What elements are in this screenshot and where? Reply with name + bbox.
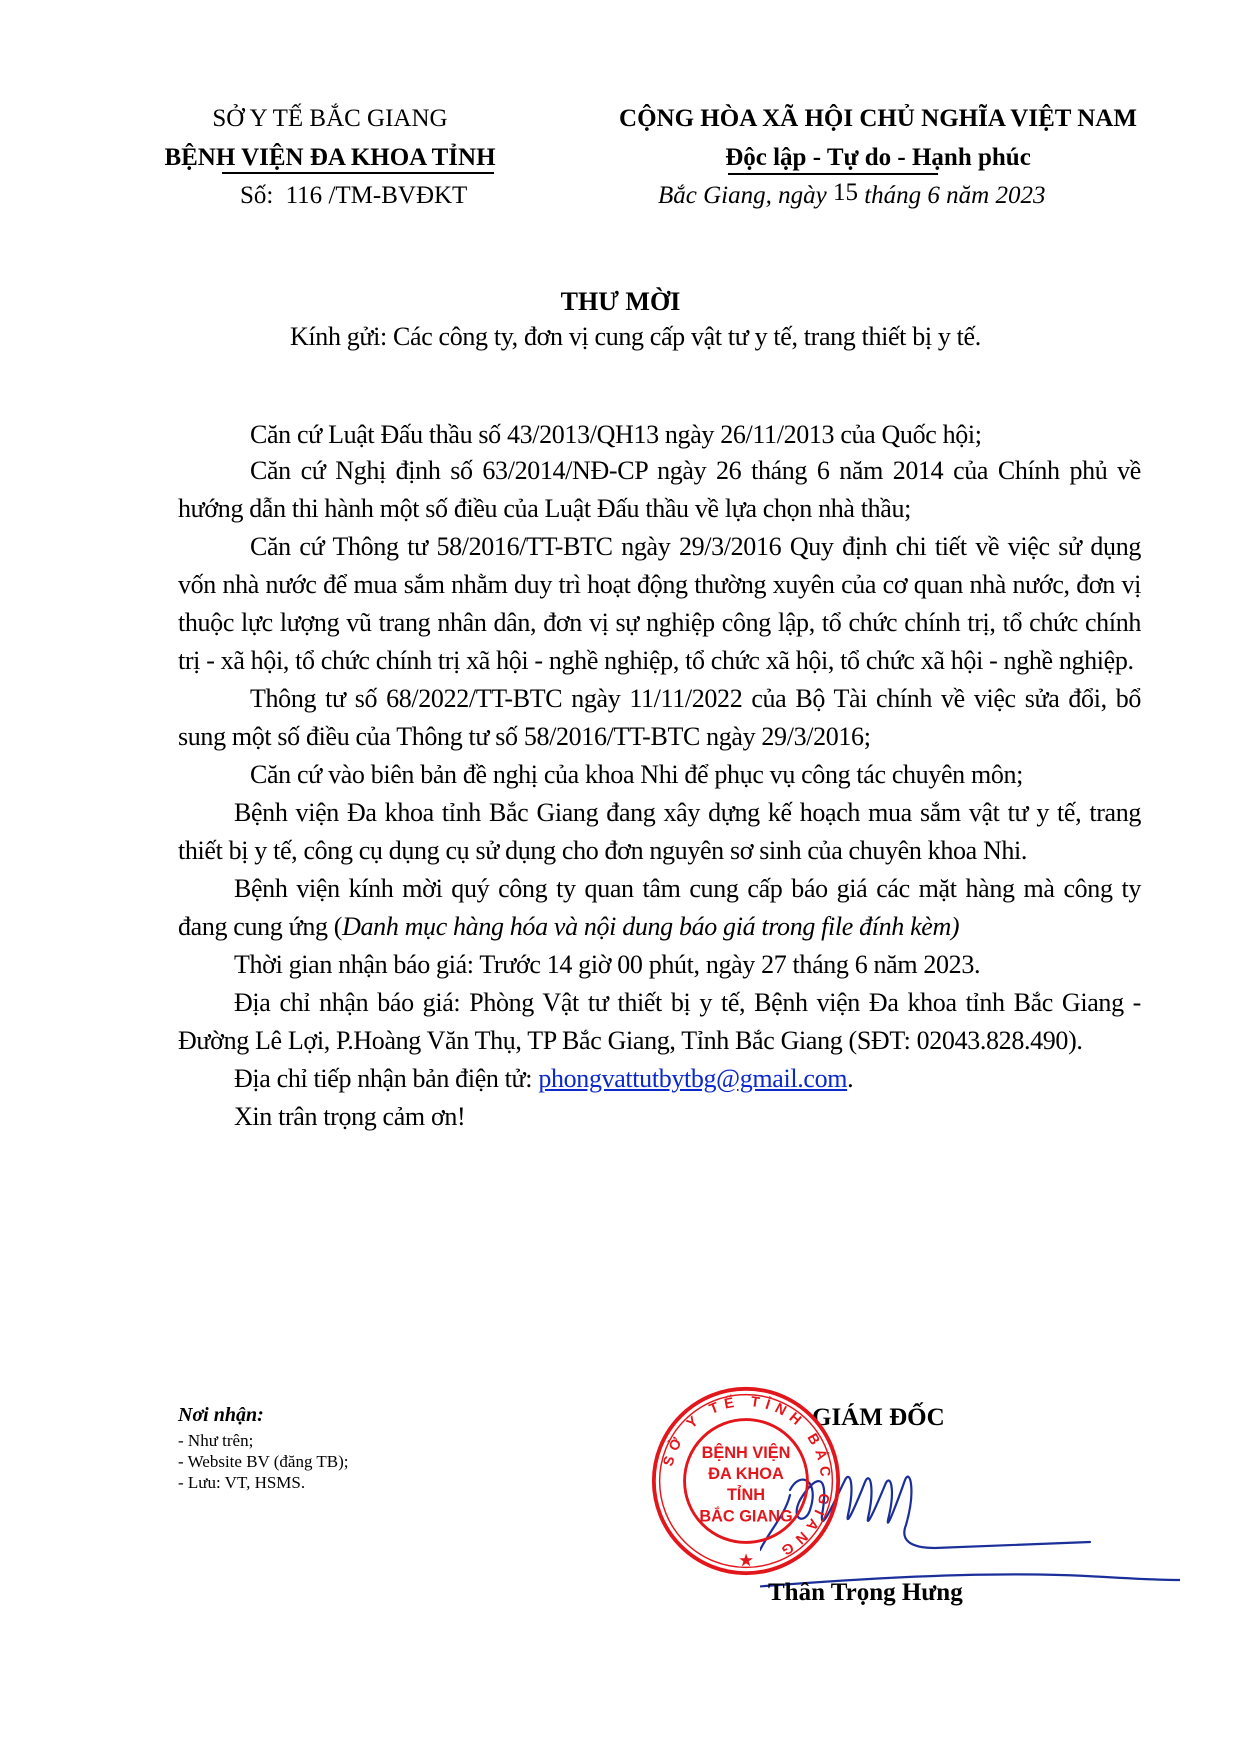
agency-name: SỞ Y TẾ BẮC GIANG	[190, 104, 470, 134]
email-link[interactable]: phongvattutbytbg@gmail.com	[538, 1064, 847, 1093]
recipients-title: Nơi nhận:	[178, 1405, 349, 1426]
date-day: 15	[833, 179, 858, 206]
document-number: Số: 116 /TM-BVĐKT	[240, 182, 467, 210]
invitation-note: Danh mục hàng hóa và nội dung báo giá tr…	[342, 912, 959, 941]
invitation: Bệnh viện kính mời quý công ty quan tâm …	[178, 870, 1141, 946]
legal-basis-5: Căn cứ vào biên bản đề nghị của khoa Nhi…	[178, 756, 1141, 794]
place-date-suffix: tháng 6 năm 2023	[864, 182, 1045, 209]
procurement-plan: Bệnh viện Đa khoa tỉnh Bắc Giang đang xâ…	[178, 794, 1141, 870]
national-motto: Độc lập - Tự do - Hạnh phúc	[700, 143, 1056, 173]
recipient-item: - Lưu: VT, HSMS.	[178, 1472, 349, 1493]
official-seal-stamp: SỞ Y TẾ TỈNH BẮC GIANG BỆNH VIỆN ĐA KHOA…	[650, 1385, 842, 1577]
svg-text:TỈNH: TỈNH	[727, 1485, 765, 1504]
thanks: Xin trân trọng cảm ơn!	[178, 1098, 1141, 1136]
legal-basis-3: Căn cứ Thông tư 58/2016/TT-BTC ngày 29/3…	[178, 528, 1141, 680]
svg-text:★: ★	[739, 1552, 753, 1569]
svg-text:BỆNH VIỆN: BỆNH VIỆN	[702, 1443, 791, 1462]
email-trailing: .	[847, 1064, 853, 1093]
email-label: Địa chỉ tiếp nhận bản điện tử:	[234, 1064, 532, 1093]
signer-name: Thân Trọng Hưng	[768, 1579, 963, 1607]
svg-text:ĐA KHOA: ĐA KHOA	[708, 1465, 784, 1483]
recipients-block: Nơi nhận: - Như trên; - Website BV (đăng…	[178, 1405, 349, 1493]
recipient-item: - Như trên;	[178, 1430, 349, 1451]
doc-number: 116	[286, 182, 323, 209]
legal-basis-2: Căn cứ Nghị định số 63/2014/NĐ-CP ngày 2…	[178, 452, 1141, 528]
legal-basis-1: Căn cứ Luật Đấu thầu số 43/2013/QH13 ngà…	[178, 416, 1141, 454]
place-and-date: Bắc Giang, ngày 15 tháng 6 năm 2023	[658, 182, 1045, 210]
svg-text:BẮC GIANG: BẮC GIANG	[699, 1506, 792, 1525]
hospital-name-underline	[222, 172, 494, 174]
submission-address: Địa chỉ nhận báo giá: Phòng Vật tư thiết…	[178, 984, 1141, 1060]
recipient-item: - Website BV (đăng TB);	[178, 1451, 349, 1472]
place-date-prefix: Bắc Giang, ngày	[658, 182, 827, 209]
national-title: CỘNG HÒA XÃ HỘI CHỦ NGHĨA VIỆT NAM	[596, 104, 1160, 134]
hospital-name: BỆNH VIỆN ĐA KHOA TỈNH	[155, 143, 505, 173]
addressee: Kính gửi: Các công ty, đơn vị cung cấp v…	[290, 322, 981, 352]
doc-number-suffix: /TM-BVĐKT	[328, 182, 467, 209]
deadline: Thời gian nhận báo giá: Trước 14 giờ 00 …	[178, 946, 1141, 984]
letter-body: Căn cứ Luật Đấu thầu số 43/2013/QH13 ngà…	[178, 416, 1141, 1136]
email-line: Địa chỉ tiếp nhận bản điện tử: phongvatt…	[178, 1060, 1141, 1098]
document-title: THƯ MỜI	[0, 287, 1241, 317]
motto-underline	[728, 173, 938, 175]
legal-basis-4: Thông tư số 68/2022/TT-BTC ngày 11/11/20…	[178, 680, 1141, 756]
doc-number-prefix: Số:	[240, 182, 273, 209]
